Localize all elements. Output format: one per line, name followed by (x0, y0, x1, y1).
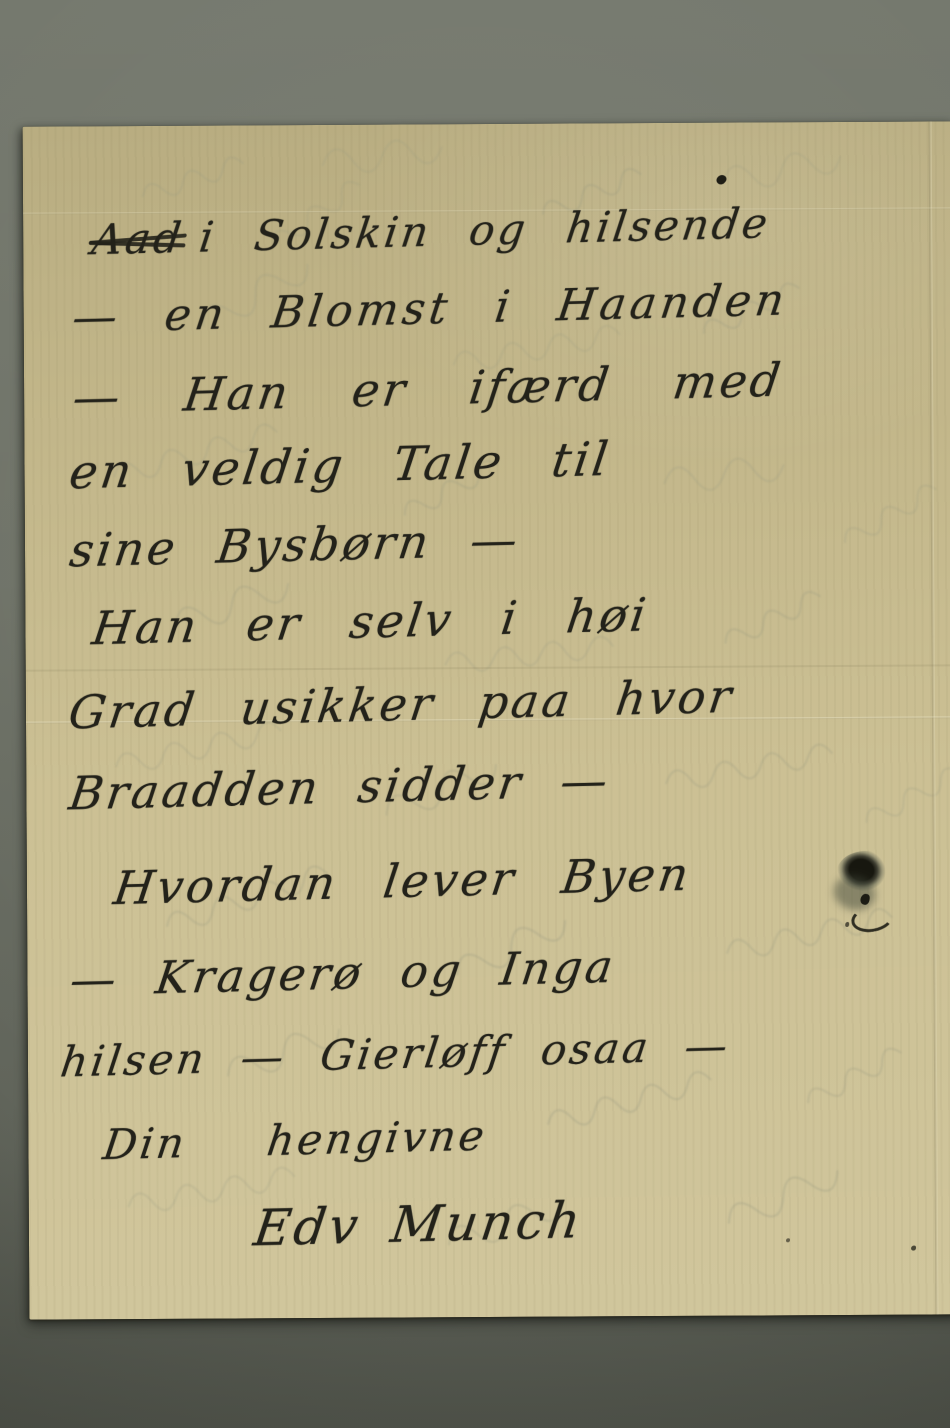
letter-line-10: — Kragerø og Inga (68, 944, 619, 1003)
letter-line-4: en veldig Tale til (67, 436, 614, 496)
letter-line-9: Hvordan lever Byen (111, 851, 694, 911)
closing-line: Din hengivne (101, 1115, 490, 1167)
letter-page: Aadi Solskin og hilsende — en Blomst i H… (23, 121, 950, 1319)
signature: Edv Munch (251, 1195, 586, 1253)
letter-line-8: Braadden sidder — (67, 757, 614, 816)
photo-backdrop: Aadi Solskin og hilsende — en Blomst i H… (0, 0, 950, 1428)
letter-line-6: Han er selv i høi (90, 591, 652, 651)
letter-line-5: sine Bysbørn — (67, 516, 523, 573)
struck-out-word: Aad (89, 217, 186, 261)
